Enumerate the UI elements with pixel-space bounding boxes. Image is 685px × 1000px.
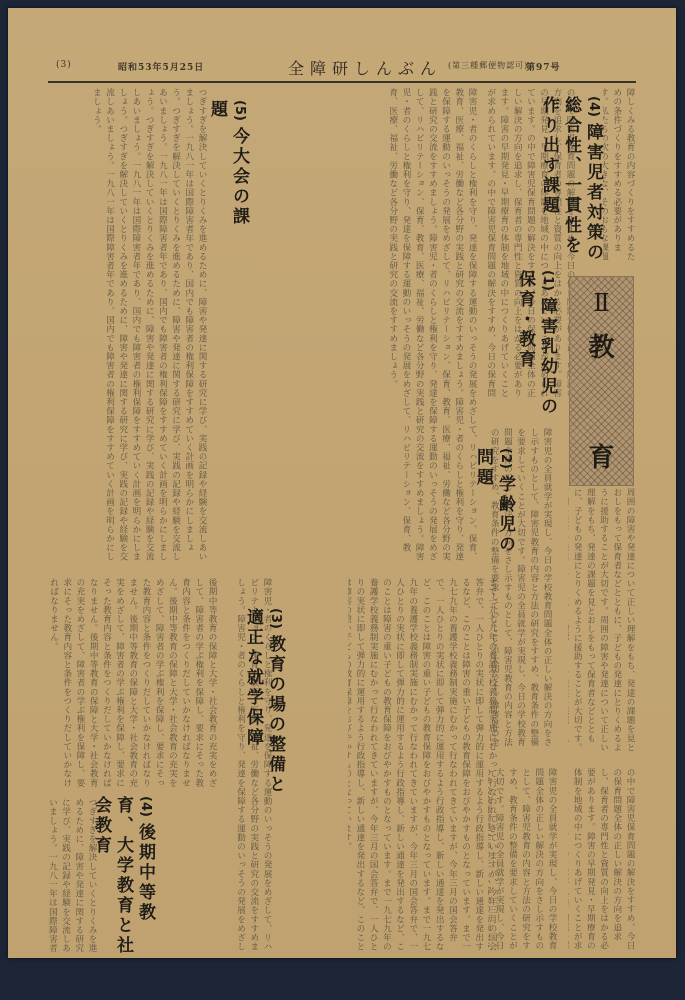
body-text-column: 障害児・者のくらしと権利を守り、発達を保障する運動のいっそうの発展をめざして、リ… — [288, 88, 478, 568]
heading-4-policy: (4)障害児者対策の総合性、一貫性を作り出す課題 — [552, 96, 604, 271]
body-text-column: 後期中等教育の保障と大学・社会教育の充実をめざして、障害者の学ぶ権利を保障し、要… — [48, 578, 218, 788]
header-rule — [48, 81, 636, 83]
newspaper-title: 全障研しんぶん — [288, 56, 442, 79]
body-text-column: 障しくみる教育の内容づくりをすすめるための条件づくりをすすめる必要があります。私… — [603, 88, 636, 268]
page-number: (3) — [56, 60, 72, 70]
section-title-char: 育 — [570, 437, 633, 474]
body-text-column: の中で障害児保育問題の解決をすすめ、今日の保育問題全体の正しい解決の方向を追求し… — [568, 768, 636, 958]
postal-permit: (第三種郵便物認可) — [448, 60, 528, 71]
issue-number: 第97号 — [526, 60, 561, 73]
body-text-column: 周囲の障害や発達について正しい理解をもち、発達の課題を見とおしをもって保育者など… — [568, 488, 636, 758]
heading-5-convention: (5)今大会の課題 — [224, 100, 250, 240]
body-text-column: 障害児の全員就学が実現し、今日の学校教育問題全体の正しい解決の方向をさし示すもの… — [488, 768, 558, 958]
heading-4-secondary: (4)後期中等教育、大学教育と社会教育 — [104, 796, 156, 956]
newspaper-page: (3) 昭和53年5月25日 全障研しんぶん (第三種郵便物認可) 第97号 障… — [8, 8, 676, 958]
page-header: (3) 昭和53年5月25日 全障研しんぶん (第三種郵便物認可) 第97号 — [48, 58, 638, 80]
body-text-column: まで一九七九年の養護学校義務制実施にむかって行なわれてきていますが、今年三月の国… — [348, 578, 498, 958]
heading-3-placement: (3)教育の場の整備と適正な就学保障 — [234, 608, 286, 808]
issue-date: 昭和53年5月25日 — [118, 60, 204, 73]
section-title-char: 教 — [570, 327, 633, 364]
heading-2-school-age: (2)学齢児の問題 — [490, 448, 516, 568]
body-text-column: つぎすぎを解決していくとりくみを進めるために、障害や発達に関する研究に学び、実践… — [48, 88, 208, 568]
section-banner: Ⅱ 教 育 — [569, 276, 634, 486]
heading-1-infant: (1)障害乳幼児の保育・教育 — [510, 270, 558, 420]
section-numeral: Ⅱ — [570, 289, 633, 317]
